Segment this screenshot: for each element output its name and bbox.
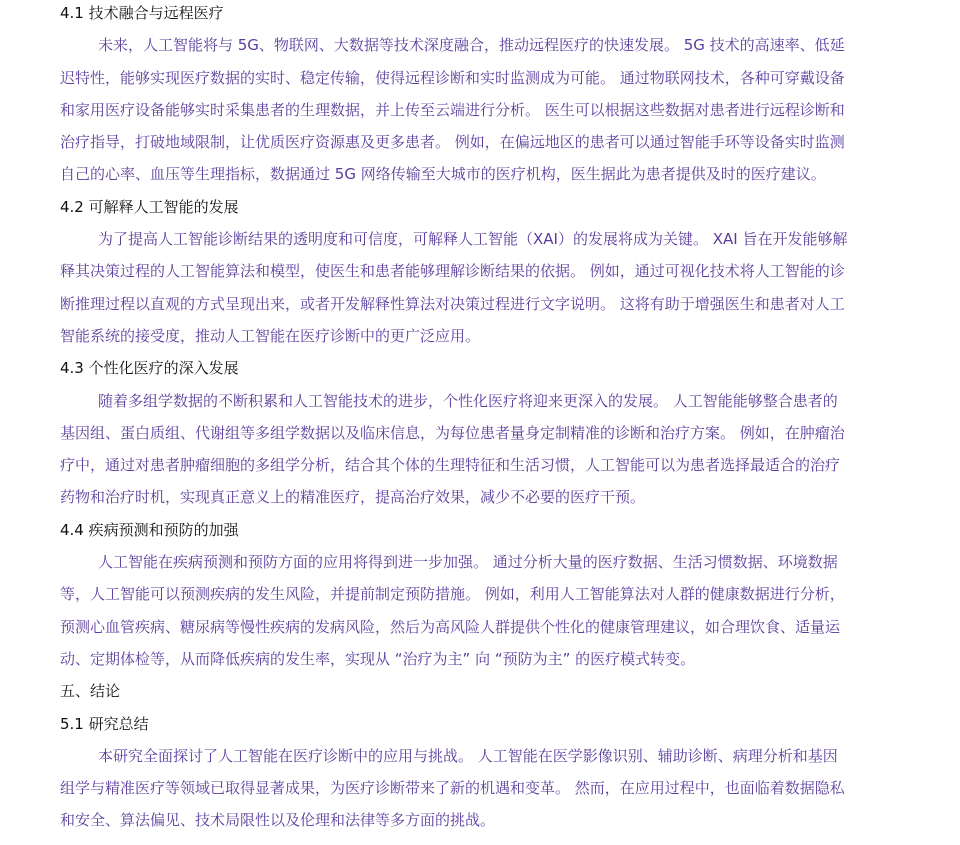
paragraph-4-4: 人工智能在疾病预测和预防方面的应用将得到进一步加强。 通过分析大量的医疗数据、生…	[60, 546, 900, 675]
paragraph-line: 本研究全面探讨了人工智能在医疗诊断中的应用与挑战。 人工智能在医学影像识别、辅助…	[60, 740, 900, 772]
paragraph-5-1: 本研究全面探讨了人工智能在医疗诊断中的应用与挑战。 人工智能在医学影像识别、辅助…	[60, 740, 900, 837]
paragraph-line: 预测心血管疾病、糖尿病等慢性疾病的发病风险，然后为高风险人群提供个性化的健康管理…	[60, 611, 900, 643]
section-heading-4-1: 4.1 技术融合与远程医疗	[60, 0, 900, 29]
paragraph-line: 迟特性，能够实现医疗数据的实时、稳定传输，使得远程诊断和实时监测成为可能。 通过…	[60, 62, 900, 94]
paragraph-line: 动、定期体检等，从而降低疾病的发生率，实现从 “治疗为主” 向 “预防为主” 的…	[60, 643, 900, 675]
paragraph-line: 自己的心率、血压等生理指标，数据通过 5G 网络传输至大城市的医疗机构，医生据此…	[60, 158, 900, 190]
paragraph-line: 治疗指导，打破地域限制，让优质医疗资源惠及更多患者。 例如，在偏远地区的患者可以…	[60, 126, 900, 158]
paragraph-line: 基因组、蛋白质组、代谢组等多组学数据以及临床信息，为每位患者量身定制精准的诊断和…	[60, 417, 900, 449]
paragraph-line: 未来，人工智能将与 5G、物联网、大数据等技术深度融合，推动远程医疗的快速发展。…	[60, 29, 900, 61]
paragraph-line: 等，人工智能可以预测疾病的发生风险，并提前制定预防措施。 例如，利用人工智能算法…	[60, 578, 900, 610]
chapter-heading-5: 五、结论	[60, 675, 900, 707]
section-heading-4-2: 4.2 可解释人工智能的发展	[60, 191, 900, 223]
paragraph-line: 释其决策过程的人工智能算法和模型，使医生和患者能够理解诊断结果的依据。 例如，通…	[60, 255, 900, 287]
section-heading-4-4: 4.4 疾病预测和预防的加强	[60, 514, 900, 546]
paragraph-line: 疗中，通过对患者肿瘤细胞的多组学分析，结合其个体的生理特征和生活习惯，人工智能可…	[60, 449, 900, 481]
document-page: 4.1 技术融合与远程医疗 未来，人工智能将与 5G、物联网、大数据等技术深度融…	[0, 0, 900, 837]
section-heading-5-1: 5.1 研究总结	[60, 708, 900, 740]
paragraph-line: 断推理过程以直观的方式呈现出来，或者开发解释性算法对决策过程进行文字说明。 这将…	[60, 288, 900, 320]
paragraph-4-1: 未来，人工智能将与 5G、物联网、大数据等技术深度融合，推动远程医疗的快速发展。…	[60, 29, 900, 190]
paragraph-line: 人工智能在疾病预测和预防方面的应用将得到进一步加强。 通过分析大量的医疗数据、生…	[60, 546, 900, 578]
paragraph-line: 和家用医疗设备能够实时采集患者的生理数据，并上传至云端进行分析。 医生可以根据这…	[60, 94, 900, 126]
paragraph-4-2: 为了提高人工智能诊断结果的透明度和可信度，可解释人工智能（XAI）的发展将成为关…	[60, 223, 900, 352]
paragraph-line: 为了提高人工智能诊断结果的透明度和可信度，可解释人工智能（XAI）的发展将成为关…	[60, 223, 900, 255]
paragraph-line: 随着多组学数据的不断积累和人工智能技术的进步，个性化医疗将迎来更深入的发展。 人…	[60, 385, 900, 417]
paragraph-line: 智能系统的接受度，推动人工智能在医疗诊断中的更广泛应用。	[60, 320, 900, 352]
paragraph-4-3: 随着多组学数据的不断积累和人工智能技术的进步，个性化医疗将迎来更深入的发展。 人…	[60, 385, 900, 514]
paragraph-line: 组学与精准医疗等领域已取得显著成果，为医疗诊断带来了新的机遇和变革。 然而，在应…	[60, 772, 900, 804]
section-heading-4-3: 4.3 个性化医疗的深入发展	[60, 352, 900, 384]
paragraph-line: 和安全、算法偏见、技术局限性以及伦理和法律等多方面的挑战。	[60, 804, 900, 836]
paragraph-line: 药物和治疗时机，实现真正意义上的精准医疗，提高治疗效果，减少不必要的医疗干预。	[60, 481, 900, 513]
